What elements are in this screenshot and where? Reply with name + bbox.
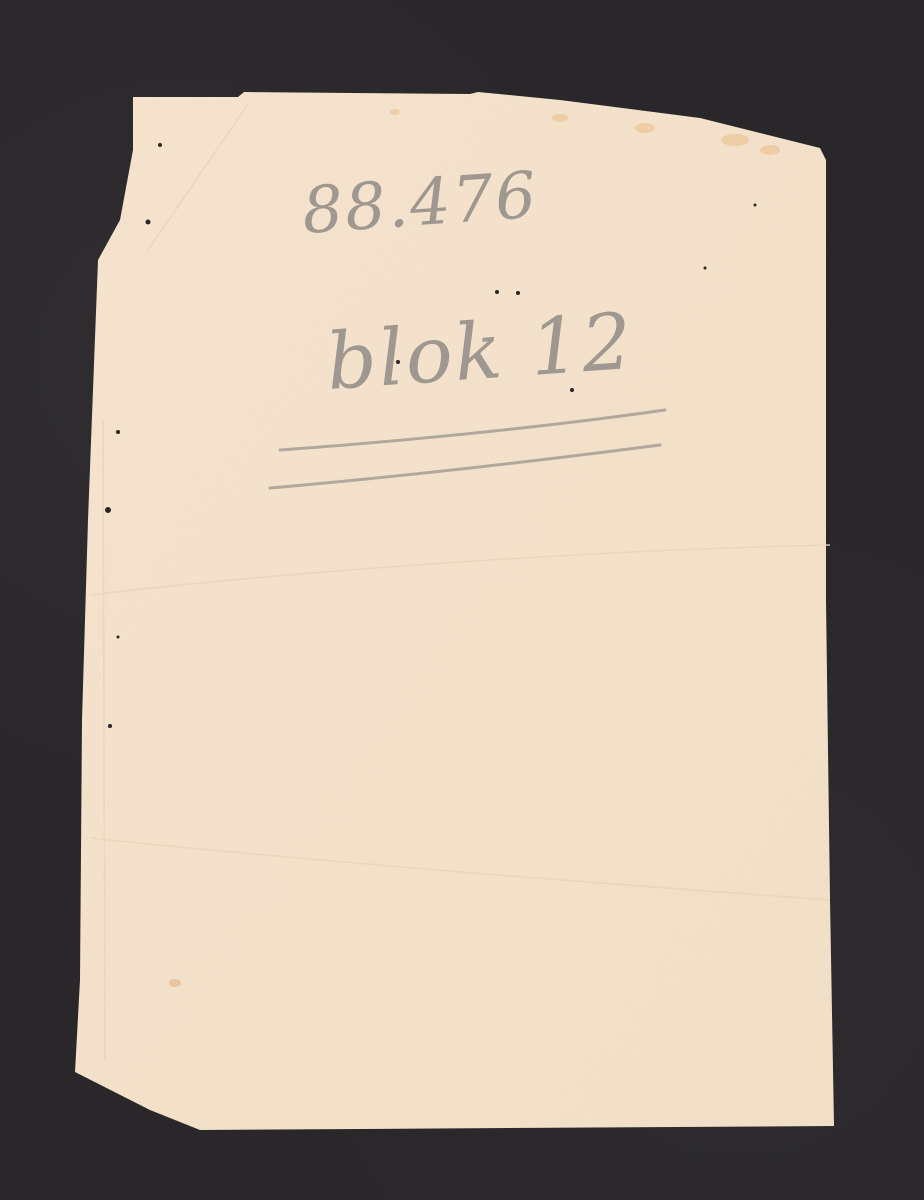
paper-slip: 88.476 blok 12 <box>0 0 924 1200</box>
